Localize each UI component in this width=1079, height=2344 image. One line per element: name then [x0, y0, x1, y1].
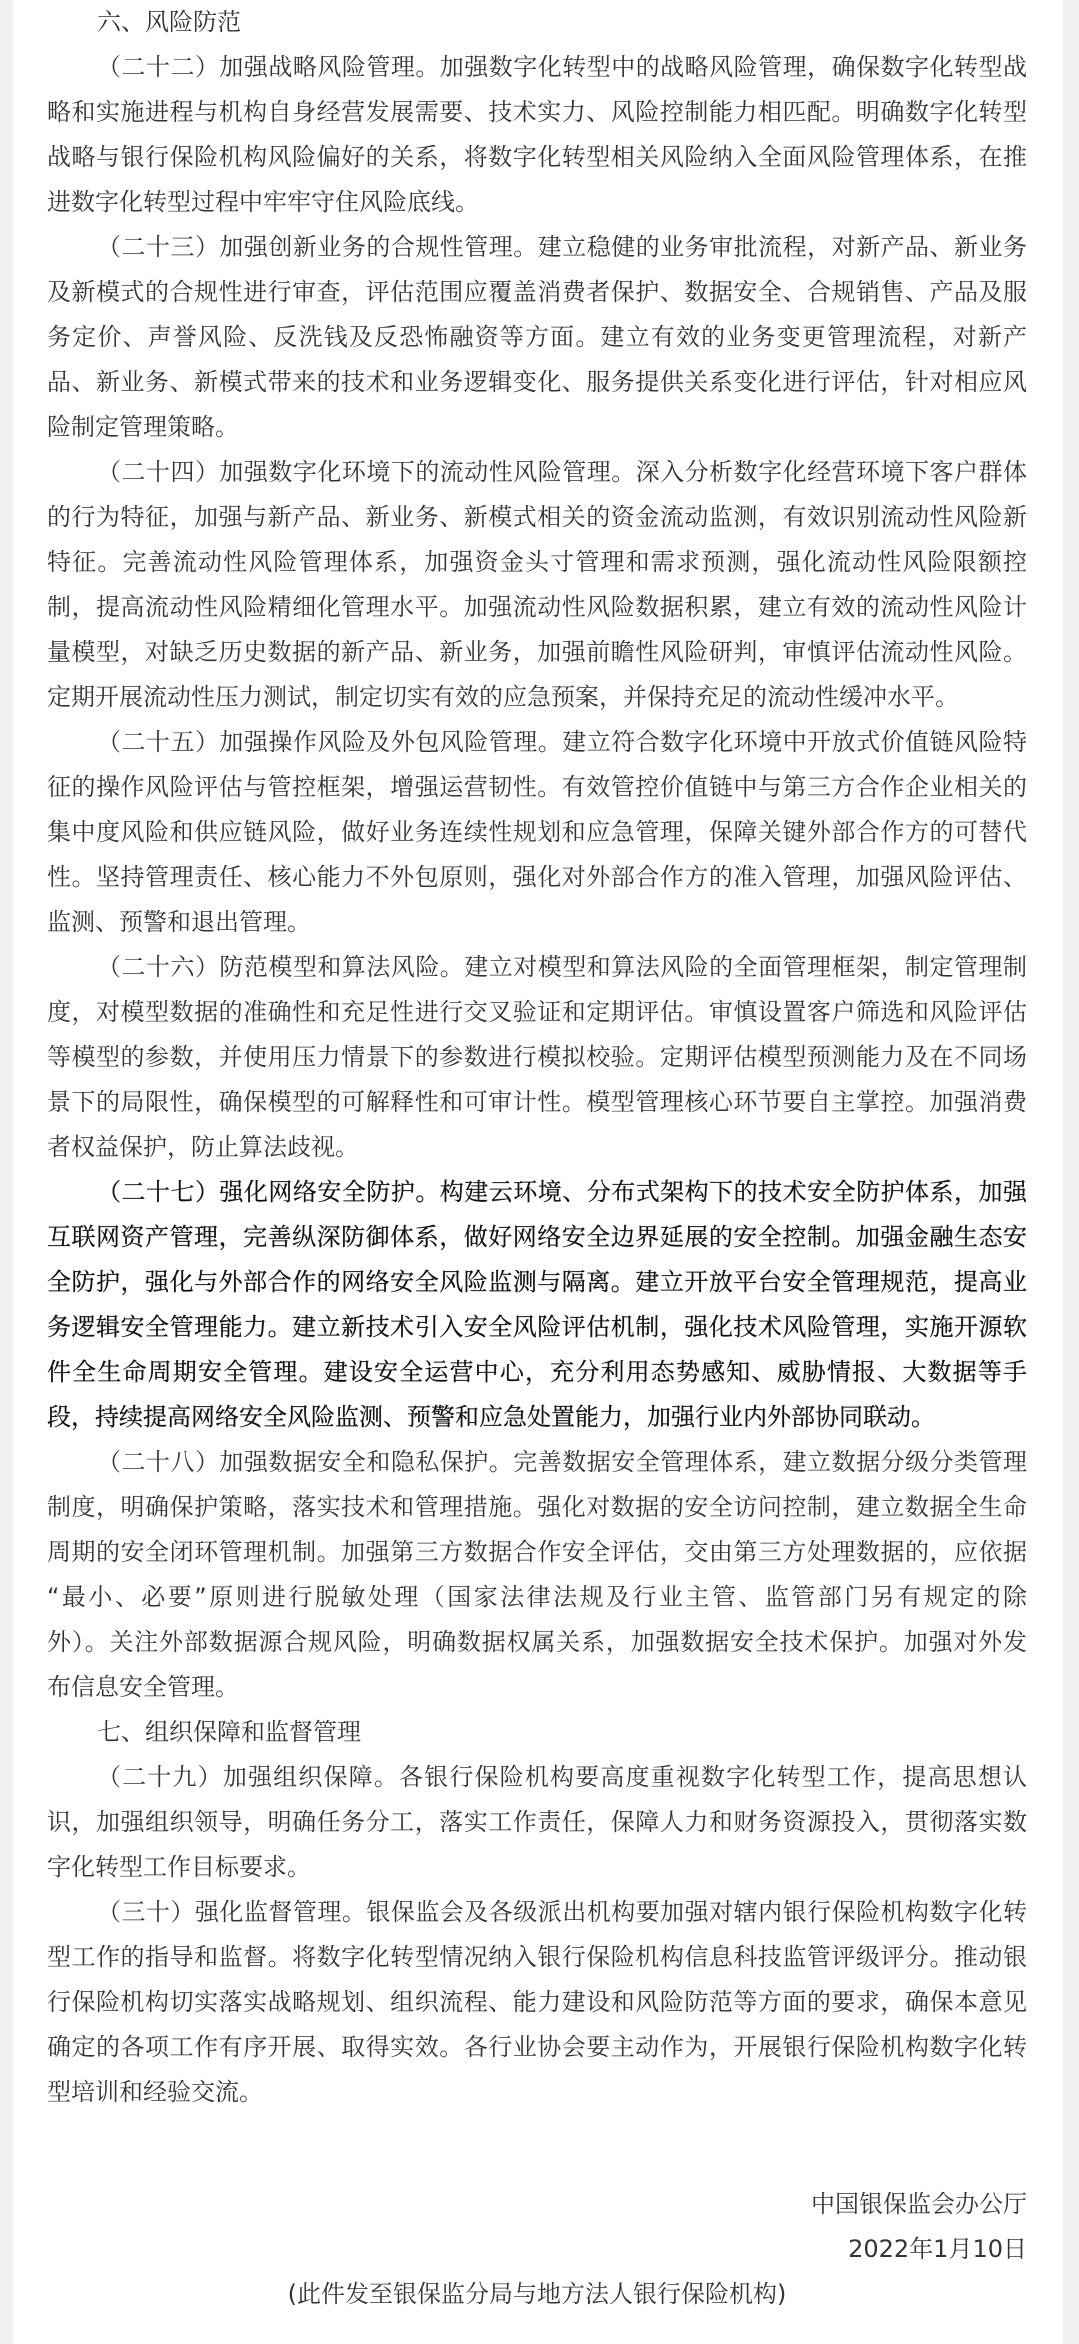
text-line: 略和实施进程与机构自身经营发展需要、技术实力、风险控制能力相匹配。明确数字化转型 — [47, 90, 1027, 135]
text-line: 字化转型工作目标要求。 — [47, 1845, 1027, 1890]
section-heading-risk-prevention: 六、风险防范 — [47, 0, 1027, 45]
text-line: （二十七）强化网络安全防护。构建云环境、分布式架构下的技术安全防护体系，加强 — [47, 1170, 1027, 1215]
text-line: 度，对模型数据的准确性和充足性进行交叉验证和定期评估。审慎设置客户筛选和风险评估 — [47, 990, 1027, 1035]
text-line: 监测、预警和退出管理。 — [47, 900, 1027, 945]
text-line: 的行为特征，加强与新产品、新业务、新模式相关的资金流动监测，有效识别流动性风险新 — [47, 495, 1027, 540]
paragraph-22: （二十二）加强战略风险管理。加强数字化转型中的战略风险管理，确保数字化转型战 略… — [47, 45, 1027, 225]
spacer — [47, 2115, 1027, 2160]
text-line: （二十三）加强创新业务的合规性管理。建立稳健的业务审批流程，对新产品、新业务 — [47, 225, 1027, 270]
text-line: 全防护，强化与外部合作的网络安全风险监测与隔离。建立开放平台安全管理规范，提高业 — [47, 1260, 1027, 1305]
issuer-signature: 中国银保监会办公厅 — [47, 2182, 1027, 2227]
text-line: 件全生命周期安全管理。建设安全运营中心，充分利用态势感知、威胁情报、大数据等手 — [47, 1350, 1027, 1395]
text-line: （二十八）加强数据安全和隐私保护。完善数据安全管理体系，建立数据分级分类管理 — [47, 1440, 1027, 1485]
text-line: 周期的安全闭环管理机制。加强第三方数据合作安全评估，交由第三方处理数据的，应依据 — [47, 1530, 1027, 1575]
paragraph-24: （二十四）加强数字化环境下的流动性风险管理。深入分析数字化经营环境下客户群体 的… — [47, 450, 1027, 720]
text-line: 等模型的参数，并使用压力情景下的参数进行模拟校验。定期评估模型预测能力及在不同场 — [47, 1035, 1027, 1080]
text-line: 务定价、声誉风险、反洗钱及反恐怖融资等方面。建立有效的业务变更管理流程，对新产 — [47, 315, 1027, 360]
text-line: 制度，明确保护策略，落实技术和管理措施。强化对数据的安全访问控制，建立数据全生命 — [47, 1485, 1027, 1530]
text-line: （二十二）加强战略风险管理。加强数字化转型中的战略风险管理，确保数字化转型战 — [47, 45, 1027, 90]
paragraph-26: （二十六）防范模型和算法风险。建立对模型和算法风险的全面管理框架，制定管理制 度… — [47, 945, 1027, 1170]
document-page: 六、风险防范 （二十二）加强战略风险管理。加强数字化转型中的战略风险管理，确保数… — [13, 0, 1063, 2344]
text-line: 性。坚持管理责任、核心能力不外包原则，强化对外部合作方的准入管理，加强风险评估、 — [47, 855, 1027, 900]
text-line: 量模型，对缺乏历史数据的新产品、新业务，加强前瞻性风险研判，审慎评估流动性风险。 — [47, 630, 1027, 675]
section-heading-organization-supervision: 七、组织保障和监督管理 — [47, 1710, 1027, 1755]
text-line: 外）。关注外部数据源合规风险，明确数据权属关系，加强数据安全技术保护。加强对外发 — [47, 1620, 1027, 1665]
paragraph-30: （三十）强化监督管理。银保监会及各级派出机构要加强对辖内银行保险机构数字化转 型… — [47, 1890, 1027, 2115]
text-line: 型工作的指导和监督。将数字化转型情况纳入银行保险机构信息科技监管评级评分。推动银 — [47, 1935, 1027, 1980]
text-line: 战略与银行保险机构风险偏好的关系，将数字化转型相关风险纳入全面风险管理体系，在推 — [47, 135, 1027, 180]
text-line: 进数字化转型过程中牢牢守住风险底线。 — [47, 180, 1027, 225]
text-line: 者权益保护，防止算法歧视。 — [47, 1125, 1027, 1170]
text-line: 型培训和经验交流。 — [47, 2070, 1027, 2115]
text-line: 布信息安全管理。 — [47, 1665, 1027, 1710]
text-line: 征的操作风险评估与管控框架，增强运营韧性。有效管控价值链中与第三方合作企业相关的 — [47, 765, 1027, 810]
distribution-note: (此件发至银保监分局与地方法人银行保险机构) — [47, 2272, 1027, 2317]
spacer — [47, 2160, 1027, 2182]
issue-date: 2022年1月10日 — [47, 2227, 1027, 2272]
text-line: 互联网资产管理，完善纵深防御体系，做好网络安全边界延展的安全控制。加强金融生态安 — [47, 1215, 1027, 1260]
paragraph-23: （二十三）加强创新业务的合规性管理。建立稳健的业务审批流程，对新产品、新业务 及… — [47, 225, 1027, 450]
paragraph-27-emphasized: （二十七）强化网络安全防护。构建云环境、分布式架构下的技术安全防护体系，加强 互… — [47, 1170, 1027, 1440]
text-line: 及新模式的合规性进行审查，评估范围应覆盖消费者保护、数据安全、合规销售、产品及服 — [47, 270, 1027, 315]
text-line: （二十五）加强操作风险及外包风险管理。建立符合数字化环境中开放式价值链风险特 — [47, 720, 1027, 765]
text-line: “最小、必要”原则进行脱敏处理（国家法律法规及行业主管、监管部门另有规定的除 — [47, 1575, 1027, 1620]
text-line: 识，加强组织领导，明确任务分工，落实工作责任，保障人力和财务资源投入，贯彻落实数 — [47, 1800, 1027, 1845]
text-line: 品、新业务、新模式带来的技术和业务逻辑变化、服务提供关系变化进行评估，针对相应风 — [47, 360, 1027, 405]
text-line: 集中度风险和供应链风险，做好业务连续性规划和应急管理，保障关键外部合作方的可替代 — [47, 810, 1027, 855]
text-line: 行保险机构切实落实战略规划、组织流程、能力建设和风险防范等方面的要求，确保本意见 — [47, 1980, 1027, 2025]
text-line: （二十九）加强组织保障。各银行保险机构要高度重视数字化转型工作，提高思想认 — [47, 1755, 1027, 1800]
document-body: 六、风险防范 （二十二）加强战略风险管理。加强数字化转型中的战略风险管理，确保数… — [47, 0, 1027, 2317]
text-line: 定期开展流动性压力测试，制定切实有效的应急预案，并保持充足的流动性缓冲水平。 — [47, 675, 1027, 720]
text-line: 务逻辑安全管理能力。建立新技术引入安全风险评估机制，强化技术风险管理，实施开源软 — [47, 1305, 1027, 1350]
text-line: 制，提高流动性风险精细化管理水平。加强流动性风险数据积累，建立有效的流动性风险计 — [47, 585, 1027, 630]
text-line: （三十）强化监督管理。银保监会及各级派出机构要加强对辖内银行保险机构数字化转 — [47, 1890, 1027, 1935]
text-line: 确定的各项工作有序开展、取得实效。各行业协会要主动作为，开展银行保险机构数字化转 — [47, 2025, 1027, 2070]
text-line: （二十六）防范模型和算法风险。建立对模型和算法风险的全面管理框架，制定管理制 — [47, 945, 1027, 990]
text-line: 险制定管理策略。 — [47, 405, 1027, 450]
paragraph-28: （二十八）加强数据安全和隐私保护。完善数据安全管理体系，建立数据分级分类管理 制… — [47, 1440, 1027, 1710]
paragraph-29: （二十九）加强组织保障。各银行保险机构要高度重视数字化转型工作，提高思想认 识，… — [47, 1755, 1027, 1890]
text-line: 特征。完善流动性风险管理体系，加强资金头寸管理和需求预测，强化流动性风险限额控 — [47, 540, 1027, 585]
text-line: 景下的局限性，确保模型的可解释性和可审计性。模型管理核心环节要自主掌控。加强消费 — [47, 1080, 1027, 1125]
text-line: 段，持续提高网络安全风险监测、预警和应急处置能力，加强行业内外部协同联动。 — [47, 1395, 1027, 1440]
text-line: （二十四）加强数字化环境下的流动性风险管理。深入分析数字化经营环境下客户群体 — [47, 450, 1027, 495]
paragraph-25: （二十五）加强操作风险及外包风险管理。建立符合数字化环境中开放式价值链风险特 征… — [47, 720, 1027, 945]
